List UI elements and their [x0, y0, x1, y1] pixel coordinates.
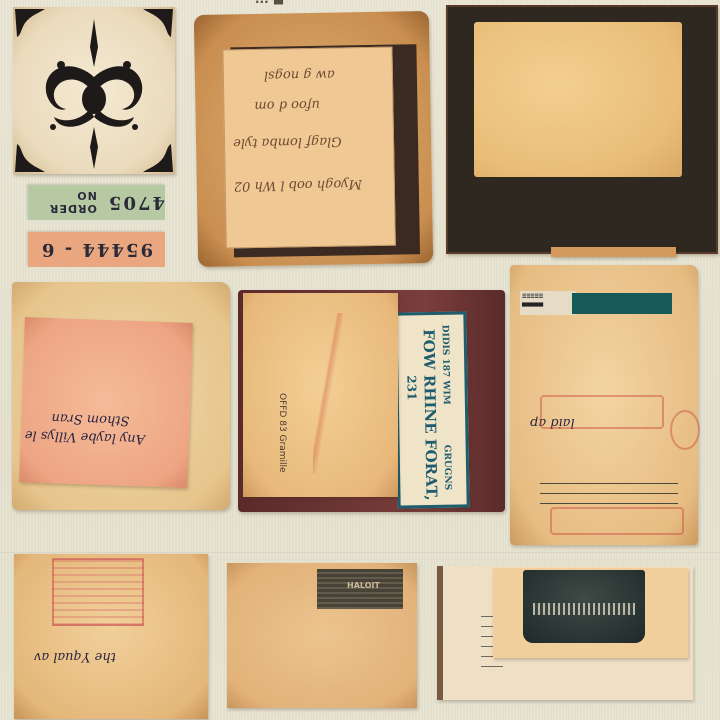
damask-ornament-icon [13, 7, 175, 174]
dark-frame-sticker [446, 5, 718, 254]
handwriting-line: aw g nogsl [264, 67, 335, 83]
address-line [540, 503, 678, 504]
address-line [540, 483, 678, 484]
round-postmark [670, 410, 700, 450]
handwriting-line: Glagf lomba tyle [233, 134, 342, 151]
serial-number-value: 95444 - 6 [40, 239, 153, 260]
handwriting-line: ufoo d om [254, 97, 320, 113]
order-number-caption: ORDER NO [28, 190, 97, 216]
handwriting-line: the Yqual av [34, 649, 116, 664]
top-partial-text: ... ■ [255, 0, 284, 6]
order-number-label: 4705 ORDER NO [28, 185, 165, 220]
framed-note-sticker: aw g nogsl ufoo d om Glagf lomba tyle My… [194, 11, 433, 267]
stamp-subtext: DIDIS 187 WIM [440, 325, 451, 405]
order-number-value: 4705 [107, 192, 165, 213]
red-grid-stamp [52, 558, 144, 626]
printed-label: ≡≡≡≡≡▀▀▀▀▀ [520, 291, 576, 315]
envelope-front: OFFD 83 Gramille [243, 293, 398, 497]
envelope-front-text: OFFD 83 Gramille [277, 393, 287, 473]
stamp-subtext: GRUGNS [442, 445, 453, 491]
bottom-left-note-sticker: the Yqual av [14, 554, 208, 719]
handwriting-line: Sthom Sran [51, 410, 130, 428]
teal-tape [572, 293, 672, 314]
red-postmark [313, 313, 343, 473]
red-postmark [550, 507, 684, 535]
building-photo [523, 570, 645, 643]
note-paper: aw g nogsl ufoo d om Glagf lomba tyle My… [222, 47, 395, 249]
bottom-middle-note-sticker: HALOIT [227, 563, 417, 708]
frame-tab [551, 247, 676, 257]
damask-tile-sticker [13, 7, 175, 174]
handwriting-line: Myogh oob l Wh 02 [234, 176, 362, 193]
envelope-stamp-label: FOW RHINE FORAT, 231 DIDIS 187 WIM GRUGN… [394, 311, 469, 508]
sticker-sheet: ... ■ 4705 ORDER NO 9544 [0, 0, 720, 720]
building-facade [533, 603, 635, 615]
frame-window [474, 22, 682, 177]
pink-note-sticker: Any laybe Villys le Sthom Sran [19, 317, 193, 488]
tall-envelope-sticker: ≡≡≡≡≡▀▀▀▀▀ laid ap [510, 265, 698, 545]
stamp-text: FOW RHINE FORAT, [420, 329, 441, 501]
address-line [540, 493, 678, 494]
serial-number-label: 95444 - 6 [28, 232, 165, 267]
red-postmark [540, 395, 664, 429]
stamp-text: HALOIT [347, 581, 380, 590]
handwriting-line: Any laybe Villys le [25, 427, 146, 446]
stamp-number: 231 [404, 375, 418, 400]
photo-mount-sticker [493, 568, 688, 658]
